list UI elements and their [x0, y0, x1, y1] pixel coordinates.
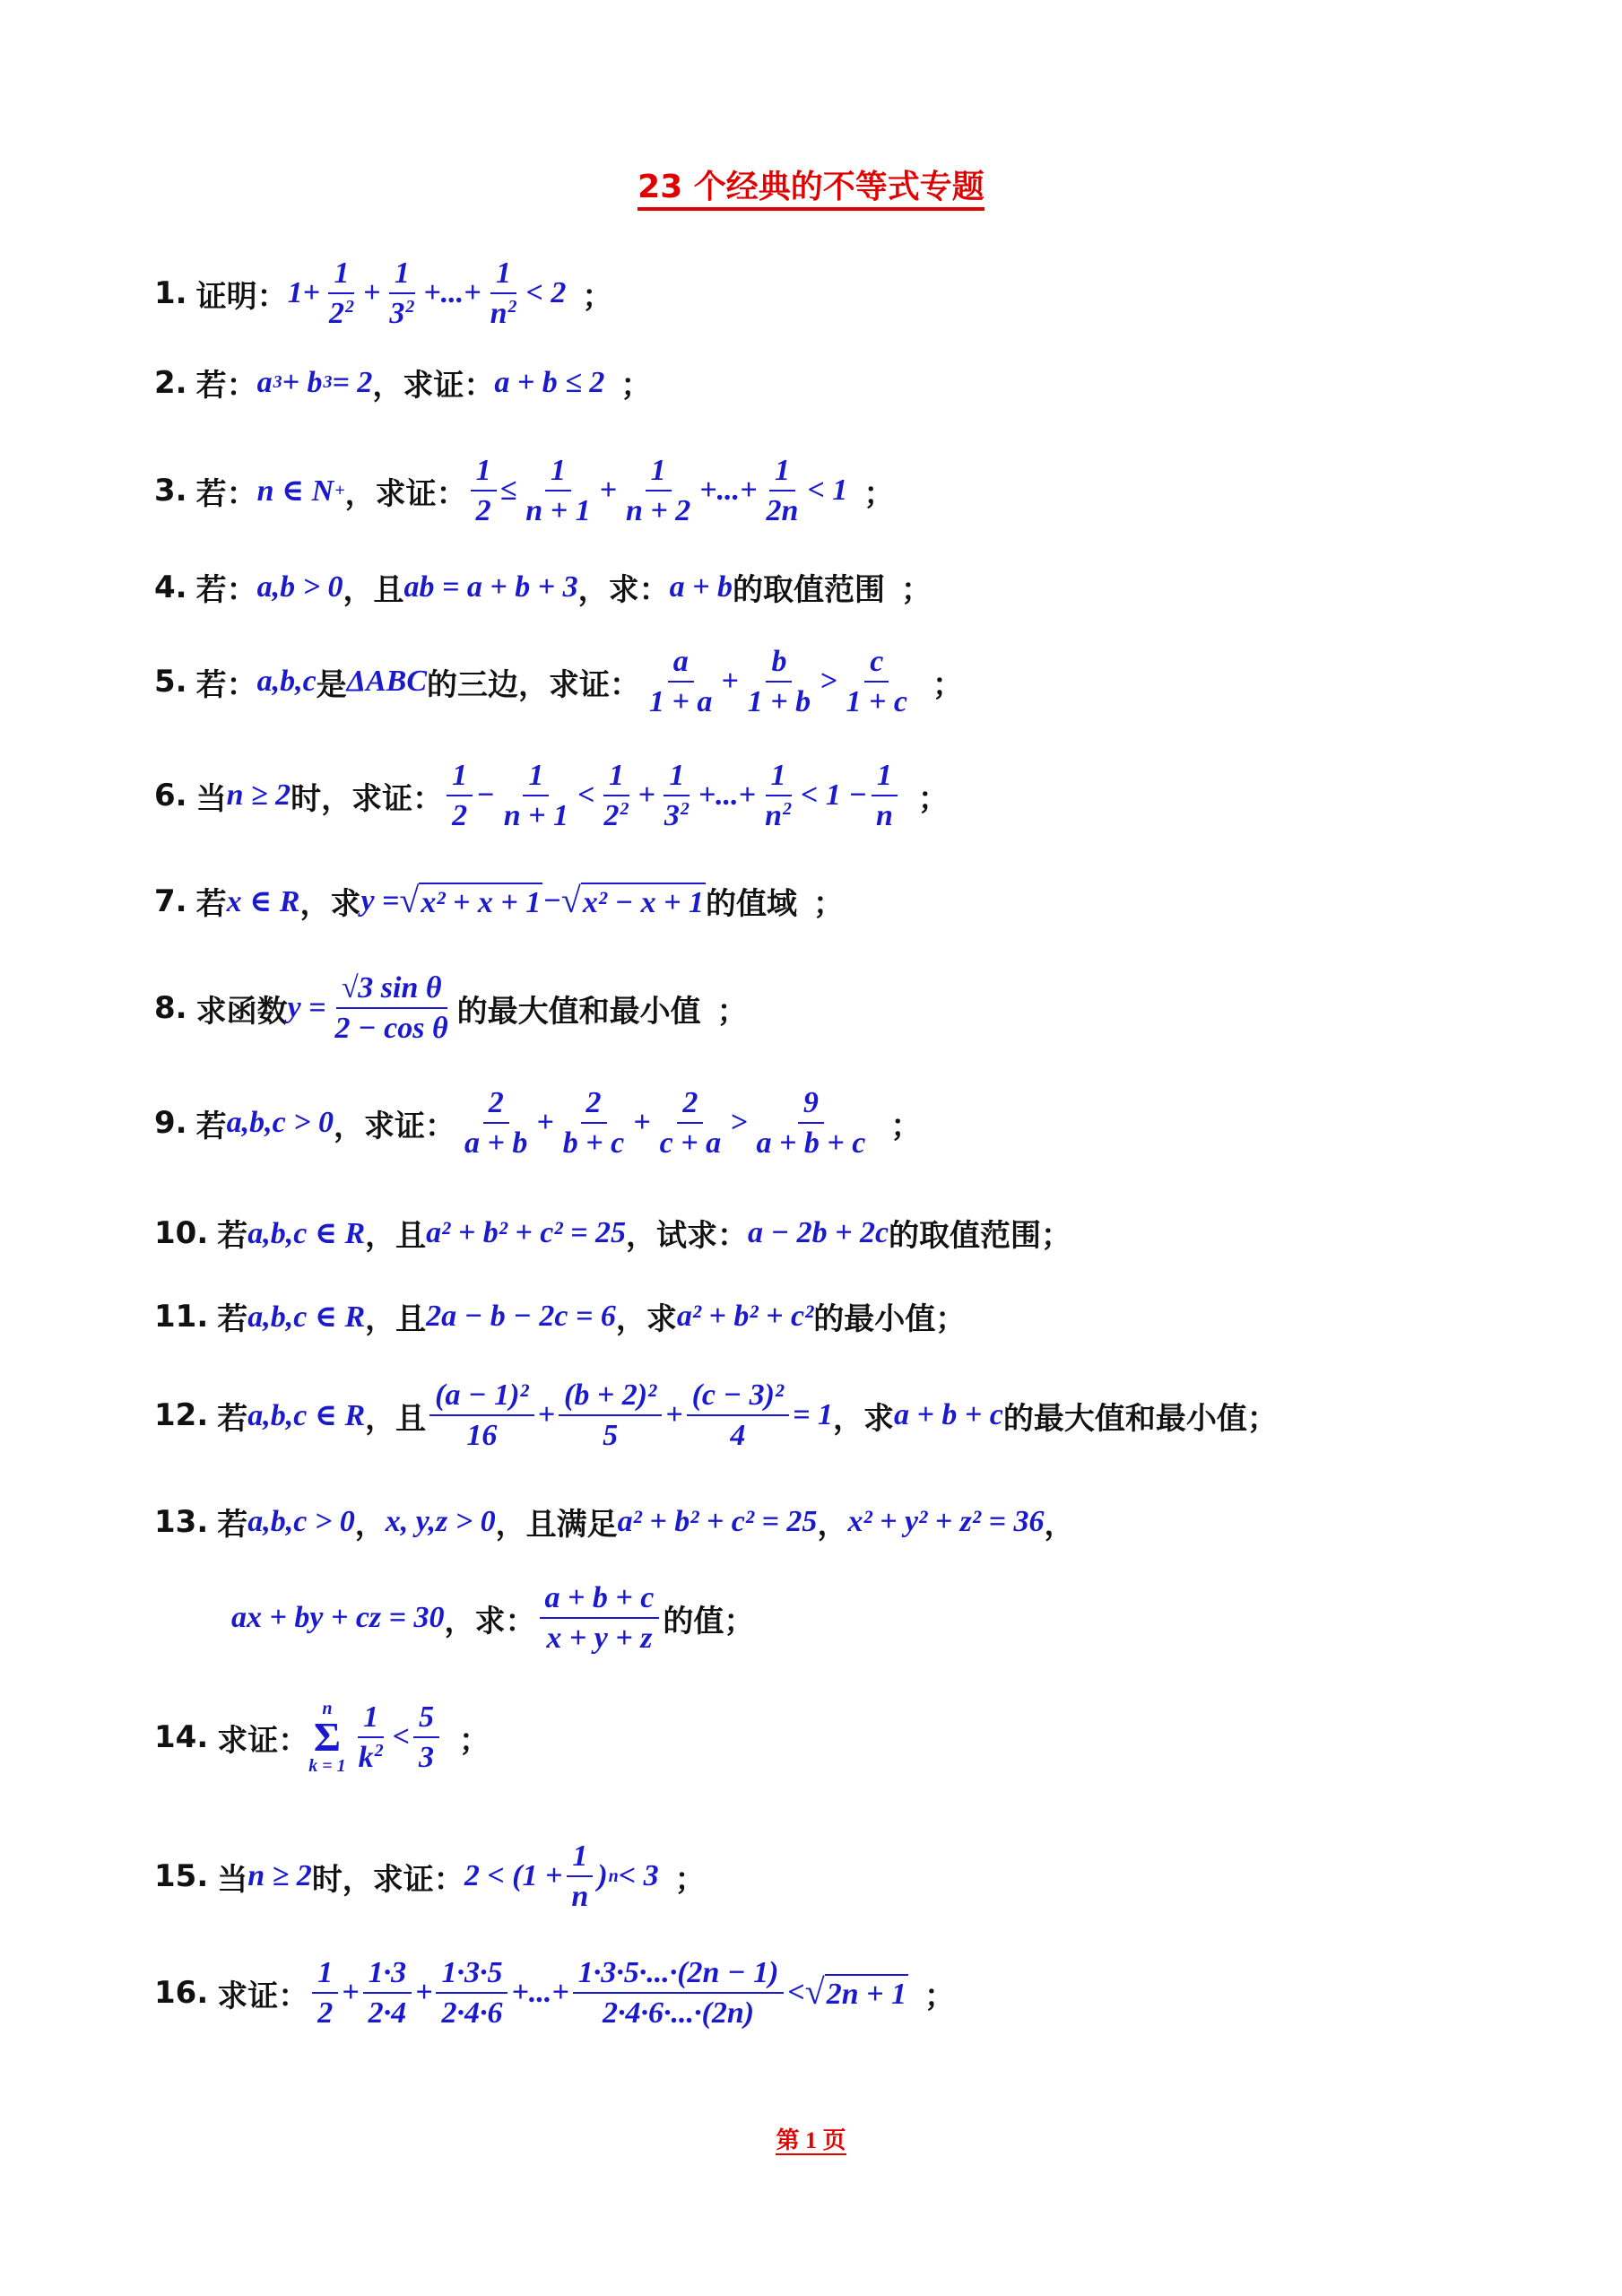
fraction: 1n: [566, 1839, 594, 1914]
fraction: 1·32·4: [363, 1955, 412, 2031]
denominator: 4: [724, 1416, 750, 1453]
fraction: 1n + 1: [520, 453, 595, 528]
fraction: 132: [384, 256, 420, 331]
math-expression: a,b,c ∈ R: [247, 1397, 365, 1433]
problem-text: 若: [217, 1394, 247, 1438]
sigma-icon: Σ: [314, 1718, 341, 1757]
denominator: 2: [447, 796, 473, 833]
math-expression: < 3: [619, 1859, 659, 1893]
numerator: 1: [603, 758, 629, 796]
semicolon: ；: [620, 361, 651, 404]
problem-item: 11.若a,b,c ∈ R ，且2a − b − 2c = 6 ，求a² + b…: [154, 1294, 966, 1338]
problem-text: ，求: [299, 879, 360, 923]
math-expression: a² + b² + c² = 25: [426, 1216, 626, 1250]
fraction: 132: [659, 758, 695, 833]
numerator: c: [864, 644, 889, 683]
numerator: 1: [312, 1955, 338, 1994]
math-expression: +: [538, 1398, 555, 1432]
problem-number: 16.: [154, 1975, 208, 2011]
numerator: 1: [447, 758, 473, 796]
fraction: a + b + cx + y + z: [540, 1580, 660, 1656]
problem-text: ，试求：: [626, 1211, 748, 1255]
radical-sign-icon: √: [805, 1974, 825, 2012]
fraction: 12: [471, 453, 497, 528]
denominator: 1 + a: [644, 683, 717, 719]
semicolon: ；: [675, 1855, 706, 1899]
superscript: 3: [323, 372, 332, 393]
numerator: 1: [490, 256, 516, 294]
fraction: 9a + b + c: [750, 1085, 871, 1161]
numerator: 1: [471, 453, 497, 491]
superscript: 2: [375, 1741, 384, 1761]
math-expression: ab = a + b + 3: [403, 570, 577, 604]
fraction: 1n2: [485, 256, 523, 331]
denominator: 16: [461, 1416, 502, 1453]
problem-item: 10.若a,b,c ∈ R ，且a² + b² + c² = 25 ，试求：a …: [154, 1211, 1071, 1255]
fraction: c1 + c: [841, 644, 913, 719]
denominator: 2·4·6·...·(2n): [597, 1994, 759, 2031]
math-expression: a3: [257, 366, 282, 400]
problem-text: 的最大值和最小值: [457, 987, 701, 1031]
problem-text: 当: [217, 1855, 247, 1899]
fraction: (a − 1)²16: [429, 1378, 533, 1453]
math-expression: a + b ≤ 2: [494, 366, 604, 400]
semicolon: ；: [717, 987, 748, 1031]
problem-number: 10.: [154, 1215, 208, 1251]
radical-sign-icon: √: [561, 883, 581, 920]
problem-item: ax + by + cz = 30 ，求：a + b + cx + y + z的…: [231, 1580, 754, 1656]
problem-item: 8.求函数y =√3 sin θ2 − cos θ的最大值和最小值；: [154, 970, 748, 1046]
radicand: x² + x + 1: [419, 883, 542, 920]
problem-item: 5.若：a,b,c是ΔABC的三边，求证：a1 + a+b1 + b>c1 + …: [154, 644, 963, 719]
problem-text: 若: [196, 1101, 227, 1145]
problem-text: 的三边，求证：: [427, 660, 640, 704]
semicolon: ；: [813, 879, 844, 923]
problem-number: 13.: [154, 1504, 208, 1540]
math-expression: n ≥ 2: [227, 778, 291, 813]
problem-text: 的取值范围；: [889, 1211, 1071, 1255]
math-expression: +: [415, 1976, 432, 2010]
math-expression: a,b,c ∈ R: [247, 1215, 365, 1251]
fraction: 53: [413, 1700, 439, 1775]
problem-text: 时，求证：: [312, 1855, 464, 1899]
problem-text: 求证：: [217, 1971, 308, 2015]
denominator: n: [871, 796, 898, 833]
math-expression: −: [542, 884, 561, 918]
problem-number: 12.: [154, 1397, 208, 1433]
denominator: 32: [659, 796, 695, 833]
fraction: 122: [324, 256, 360, 331]
problem-text: 若: [217, 1211, 247, 1255]
problem-text: 若：: [196, 660, 257, 704]
numerator: a + b + c: [540, 1580, 660, 1619]
numerator: (a − 1)²: [429, 1378, 533, 1416]
superscript: 3: [273, 372, 282, 393]
square-root: √2n + 1: [805, 1974, 908, 2012]
problem-item: 1.证明：1+122+132+...+1n2< 2；: [154, 256, 612, 331]
denominator: n2: [485, 294, 523, 331]
denominator: x + y + z: [541, 1619, 657, 1656]
numerator: √3 sin θ: [336, 970, 447, 1009]
problem-item: 9.若a,b,c > 0 ，求证：2a + b+2b + c+2c + a>9a…: [154, 1085, 921, 1161]
fraction: 1k2: [353, 1700, 389, 1775]
math-expression: n ≥ 2: [247, 1859, 312, 1893]
problem-item: 2.若：a3 + b3 = 2 ，求证：a + b ≤ 2；: [154, 361, 651, 404]
numerator: 1: [389, 256, 415, 294]
math-expression: 2 < (1 +: [464, 1859, 563, 1893]
page-number: 第 1 页: [776, 2127, 846, 2155]
math-expression: a,b > 0: [257, 570, 343, 604]
math-expression: −: [476, 778, 495, 813]
problem-text: ，: [355, 1500, 386, 1544]
fraction: 12n: [761, 453, 804, 528]
math-expression: <: [393, 1720, 410, 1754]
problem-text: 当: [196, 774, 227, 818]
numerator: 1: [567, 1839, 593, 1877]
numerator: (c − 3)²: [687, 1378, 790, 1416]
denominator: b + c: [558, 1124, 629, 1161]
problem-number: 7.: [154, 883, 187, 919]
numerator: 1: [646, 453, 672, 491]
math-expression: )n: [597, 1859, 618, 1893]
math-expression: ΔABC: [347, 665, 427, 699]
document-title: 23 个经典的不等式专题: [0, 161, 1622, 207]
fraction: 12: [312, 1955, 338, 2031]
math-expression: x, y,z > 0: [386, 1505, 496, 1539]
denominator: 2·4: [363, 1994, 412, 2031]
problem-number: 9.: [154, 1105, 187, 1141]
math-expression: < 2: [526, 276, 567, 310]
semicolon: ；: [582, 272, 612, 316]
problem-text: 若: [217, 1294, 247, 1338]
semicolon: ；: [459, 1716, 490, 1760]
fraction: a1 + a: [644, 644, 717, 719]
denominator: n2: [759, 796, 797, 833]
problem-number: 14.: [154, 1719, 208, 1755]
denominator: 3: [413, 1738, 439, 1775]
problem-text: ，且: [365, 1294, 426, 1338]
denominator: 5: [597, 1416, 623, 1453]
problem-text: 时，求证：: [291, 774, 443, 818]
problem-text: 若：: [196, 565, 257, 609]
math-expression: a,b,c > 0: [247, 1505, 354, 1539]
superscript: n: [609, 1866, 619, 1887]
problem-text: ，: [1044, 1500, 1074, 1544]
math-expression: >: [730, 1106, 747, 1140]
problem-number: 6.: [154, 778, 187, 813]
problem-text: 求函数: [196, 987, 288, 1031]
math-expression: a,b,c > 0: [227, 1106, 334, 1140]
numerator: 1·3·5·...·(2n − 1): [573, 1955, 785, 1994]
problem-text: 的最小值；: [813, 1294, 966, 1338]
numerator: b: [766, 644, 792, 683]
denominator: c + a: [655, 1124, 726, 1161]
denominator: 2n: [761, 491, 804, 528]
problem-number: 15.: [154, 1858, 208, 1894]
problem-text: ，求: [833, 1394, 894, 1438]
superscript: 2: [508, 297, 517, 317]
problem-text: 是: [317, 660, 347, 704]
problem-text: ，: [817, 1500, 847, 1544]
math-expression: a − 2b + 2c: [748, 1216, 889, 1250]
superscript: 2: [620, 799, 629, 819]
problem-text: 的值域: [706, 879, 797, 923]
math-expression: a + b + c: [894, 1398, 1003, 1432]
numerator: 1: [769, 453, 795, 491]
fraction: 2a + b: [459, 1085, 533, 1161]
problem-item: 7.若x ∈ R ，求y =√x² + x + 1−√x² − x + 1 的值…: [154, 879, 844, 923]
semicolon: ；: [932, 660, 963, 704]
fraction: 12: [447, 758, 473, 833]
fraction: b1 + b: [742, 644, 816, 719]
problem-text: 若：: [196, 361, 257, 404]
denominator: 1 + c: [841, 683, 913, 719]
math-expression: +...+: [511, 1976, 568, 2010]
math-expression: y =: [360, 884, 399, 918]
problem-text: 求证：: [217, 1716, 308, 1760]
math-expression: a,b,c: [257, 665, 317, 699]
numerator: 1: [328, 256, 354, 294]
fraction: 1n: [871, 758, 898, 833]
numerator: 1: [872, 758, 898, 796]
math-expression: a² + b² + c² = 25: [618, 1505, 818, 1539]
semicolon: ；: [863, 469, 894, 513]
problem-item: 3.若：n ∈ N+ ，求证：12≤1n + 1+1n + 2+...+12n<…: [154, 453, 894, 528]
numerator: 1: [664, 758, 690, 796]
problem-item: 15.当n ≥ 2时，求证：2 < (1 +1n)n < 3；: [154, 1839, 706, 1914]
math-expression: +: [665, 1398, 682, 1432]
numerator: 2: [581, 1085, 607, 1124]
fraction: 1n2: [759, 758, 797, 833]
numerator: 1: [358, 1700, 384, 1738]
radicand: 2n + 1: [825, 1974, 908, 2012]
superscript: 2: [405, 297, 414, 317]
problem-text: 若: [196, 879, 227, 923]
problem-number: 11.: [154, 1299, 208, 1335]
denominator: n + 2: [620, 491, 696, 528]
problem-text: ，且: [365, 1211, 426, 1255]
numerator: 1·3: [363, 1955, 412, 1994]
math-expression: y =: [288, 991, 326, 1025]
math-expression: <: [787, 1976, 804, 2010]
denominator: k2: [353, 1738, 389, 1775]
problem-text: ，求：: [445, 1596, 536, 1640]
math-expression: = 2: [332, 366, 372, 400]
math-expression: a,b,c ∈ R: [247, 1299, 365, 1335]
problem-item: 16.求证：12+1·32·4+1·3·52·4·6+...+1·3·5·...…: [154, 1955, 955, 2031]
fraction: 1·3·52·4·6: [436, 1955, 507, 2031]
problem-number: 1.: [154, 275, 187, 311]
semicolon: ；: [918, 774, 949, 818]
numerator: 1: [545, 453, 571, 491]
numerator: a: [668, 644, 694, 683]
math-expression: n ∈ N+: [257, 473, 345, 509]
problem-text: 若：: [196, 469, 257, 513]
denominator: 2 − cos θ: [330, 1009, 454, 1046]
denominator: 2: [312, 1994, 338, 2031]
numerator: 1: [766, 758, 792, 796]
denominator: 22: [324, 294, 360, 331]
denominator: n: [566, 1877, 594, 1914]
math-expression: 1+: [288, 276, 320, 310]
fraction: 2b + c: [558, 1085, 629, 1161]
page-footer: 第 1 页: [0, 2122, 1622, 2155]
radical-sign-icon: √: [399, 883, 419, 920]
title-text: 23 个经典的不等式专题: [638, 169, 984, 211]
math-expression: +: [363, 276, 380, 310]
superscript: 2: [783, 799, 792, 819]
denominator: 32: [384, 294, 420, 331]
numerator: 1·3·5: [436, 1955, 507, 1994]
problem-item: 12.若a,b,c ∈ R ，且(a − 1)²16+(b + 2)²5+(c …: [154, 1378, 1278, 1453]
radicand: x² − x + 1: [581, 883, 706, 920]
semicolon: ；: [890, 1101, 921, 1145]
math-expression: +: [342, 1976, 359, 2010]
math-expression: 2a − b − 2c = 6: [426, 1300, 616, 1334]
numerator: 2: [677, 1085, 703, 1124]
numerator: 9: [798, 1085, 824, 1124]
problem-number: 4.: [154, 570, 187, 605]
math-expression: a + b: [670, 570, 733, 604]
math-expression: x² + y² + z² = 36: [847, 1505, 1044, 1539]
problem-number: 2.: [154, 365, 187, 401]
problem-item: 14.求证：nΣk = 11k2<53；: [154, 1700, 490, 1775]
math-expression: < 1 −: [801, 778, 867, 813]
semicolon: ；: [924, 1971, 955, 2015]
problem-text: ，求证：: [372, 361, 494, 404]
fraction: 122: [598, 758, 634, 833]
problem-text: 的值；: [663, 1596, 754, 1640]
problem-text: ，且满足: [496, 1500, 618, 1544]
problem-item: 13.若a,b,c > 0 ，x, y,z > 0 ，且满足a² + b² + …: [154, 1500, 1074, 1544]
fraction: 2c + a: [655, 1085, 726, 1161]
math-expression: +...+: [698, 778, 756, 813]
math-expression: +...+: [423, 276, 481, 310]
problem-item: 6.当n ≥ 2时，求证：12−1n + 1<122+132+...+1n2< …: [154, 758, 949, 833]
problem-number: 3.: [154, 473, 187, 509]
superscript: +: [334, 481, 344, 501]
math-expression: <: [577, 778, 594, 813]
math-expression: + b3: [282, 366, 333, 400]
math-expression: < 1: [807, 474, 847, 508]
math-expression: >: [820, 665, 837, 699]
fraction: 1n + 2: [620, 453, 696, 528]
problem-text: 证明：: [196, 272, 288, 316]
denominator: a + b + c: [750, 1124, 871, 1161]
fraction: √3 sin θ2 − cos θ: [330, 970, 454, 1046]
denominator: 22: [598, 796, 634, 833]
problem-number: 5.: [154, 664, 187, 700]
superscript: 2: [345, 297, 354, 317]
math-expression: = 1: [793, 1398, 833, 1432]
square-root: √x² − x + 1: [561, 883, 706, 920]
problem-text: ，求证：: [345, 469, 467, 513]
superscript: 2: [681, 799, 690, 819]
problem-text: 的最大值和最小值；: [1003, 1394, 1278, 1438]
math-expression: ax + by + cz = 30: [231, 1601, 445, 1635]
math-expression: +: [638, 778, 655, 813]
problem-text: ，求: [616, 1294, 677, 1338]
math-expression: +: [721, 665, 738, 699]
numerator: (b + 2)²: [559, 1378, 662, 1416]
semicolon: ；: [901, 565, 932, 609]
numerator: 1: [523, 758, 549, 796]
problem-item: 4.若：a,b > 0 ，且ab = a + b + 3 ，求：a + b的取值…: [154, 565, 932, 609]
fraction: 1·3·5·...·(2n − 1)2·4·6·...·(2n): [573, 1955, 785, 2031]
math-expression: +...+: [699, 474, 757, 508]
numerator: 5: [413, 1700, 439, 1738]
denominator: n + 1: [520, 491, 595, 528]
problem-text: 若: [217, 1500, 247, 1544]
math-expression: +: [536, 1106, 553, 1140]
fraction: (b + 2)²5: [559, 1378, 662, 1453]
math-expression: x ∈ R: [227, 883, 300, 919]
problem-text: ，求证：: [334, 1101, 455, 1145]
math-expression: +: [600, 474, 617, 508]
fraction: 1n + 1: [499, 758, 574, 833]
denominator: 2·4·6: [436, 1994, 507, 2031]
problem-text: ，求：: [578, 565, 670, 609]
math-expression: a² + b² + c²: [677, 1300, 813, 1334]
fraction: (c − 3)²4: [687, 1378, 790, 1453]
problem-text: ，且: [343, 565, 403, 609]
sum-lower-limit: k = 1: [308, 1757, 345, 1775]
denominator: 2: [471, 491, 497, 528]
problem-text: ，且: [365, 1394, 426, 1438]
math-expression: +: [633, 1106, 650, 1140]
math-expression: ≤: [500, 474, 517, 508]
problem-text: 的取值范围: [733, 565, 885, 609]
summation: nΣk = 1: [308, 1700, 345, 1775]
square-root: √x² + x + 1: [399, 883, 542, 920]
denominator: 1 + b: [742, 683, 816, 719]
numerator: 2: [483, 1085, 509, 1124]
denominator: n + 1: [499, 796, 574, 833]
problem-number: 8.: [154, 990, 187, 1026]
denominator: a + b: [459, 1124, 533, 1161]
